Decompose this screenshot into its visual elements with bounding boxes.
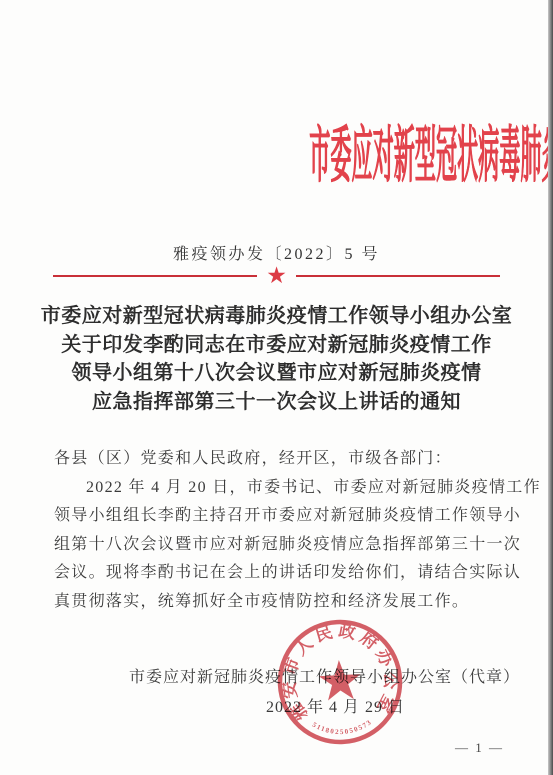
body-line: 领导小组组长李酌主持召开市委应对新冠肺炎疫情工作领导小 [54, 502, 524, 531]
seal-serial-number: 5118025050573 [311, 718, 375, 738]
notice-title-line: 领导小组第十八次会议暨市应对新冠肺炎疫情 [0, 359, 553, 388]
body-line: 真贯彻落实，统筹抓好全市疫情防控和经济发展工作。 [54, 588, 524, 617]
notice-title-line: 市委应对新型冠状病毒肺炎疫情工作领导小组办公室 [0, 302, 553, 331]
body-line: 会议。现将李酌书记在会上的讲话印发给你们，请结合实际认 [54, 559, 524, 588]
notice-title-line: 应急指挥部第三十一次会议上讲话的通知 [0, 388, 553, 417]
notice-title-line: 关于印发李酌同志在市委应对新冠肺炎疫情工作 [0, 331, 553, 360]
star-icon: ★ [257, 264, 296, 287]
salutation-line: 各县（区）党委和人民政府，经开区，市级各部门： [54, 445, 524, 474]
notice-title: 市委应对新型冠状病毒肺炎疫情工作领导小组办公室 关于印发李酌同志在市委应对新冠肺… [0, 302, 553, 416]
body-text: 各县（区）党委和人民政府，经开区，市级各部门： 2022 年 4 月 20 日，… [54, 445, 524, 617]
issuing-office-signature: 市委应对新冠肺炎疫情工作领导小组办公室（代章） [0, 664, 553, 687]
document-number: 雅疫领办发〔2022〕5 号 [0, 241, 553, 264]
scan-edge-shadow [548, 0, 553, 775]
body-line: 2022 年 4 月 20 日，市委书记、市委应对新冠肺炎疫情工作 [54, 474, 524, 503]
page-number: — 1 — [455, 740, 504, 756]
rule-left-segment [53, 275, 257, 278]
issue-date: 2022 年 4 月 29 日 [266, 694, 405, 717]
svg-text:5118025050573: 5118025050573 [311, 718, 375, 738]
body-line: 组第十八次会议暨市应对新冠肺炎疫情应急指挥部第三十一次 [54, 531, 524, 560]
letterhead: 市委应对新型冠状病毒肺炎疫情工作领导小组办公室 [0, 126, 553, 204]
scanned-document-page: 市委应对新型冠状病毒肺炎疫情工作领导小组办公室 雅疫领办发〔2022〕5 号 ★… [0, 0, 553, 775]
letterhead-title: 市委应对新型冠状病毒肺炎疫情工作领导小组办公室 [309, 117, 553, 196]
rule-right-segment [296, 275, 500, 278]
separator-rule: ★ [53, 264, 500, 288]
